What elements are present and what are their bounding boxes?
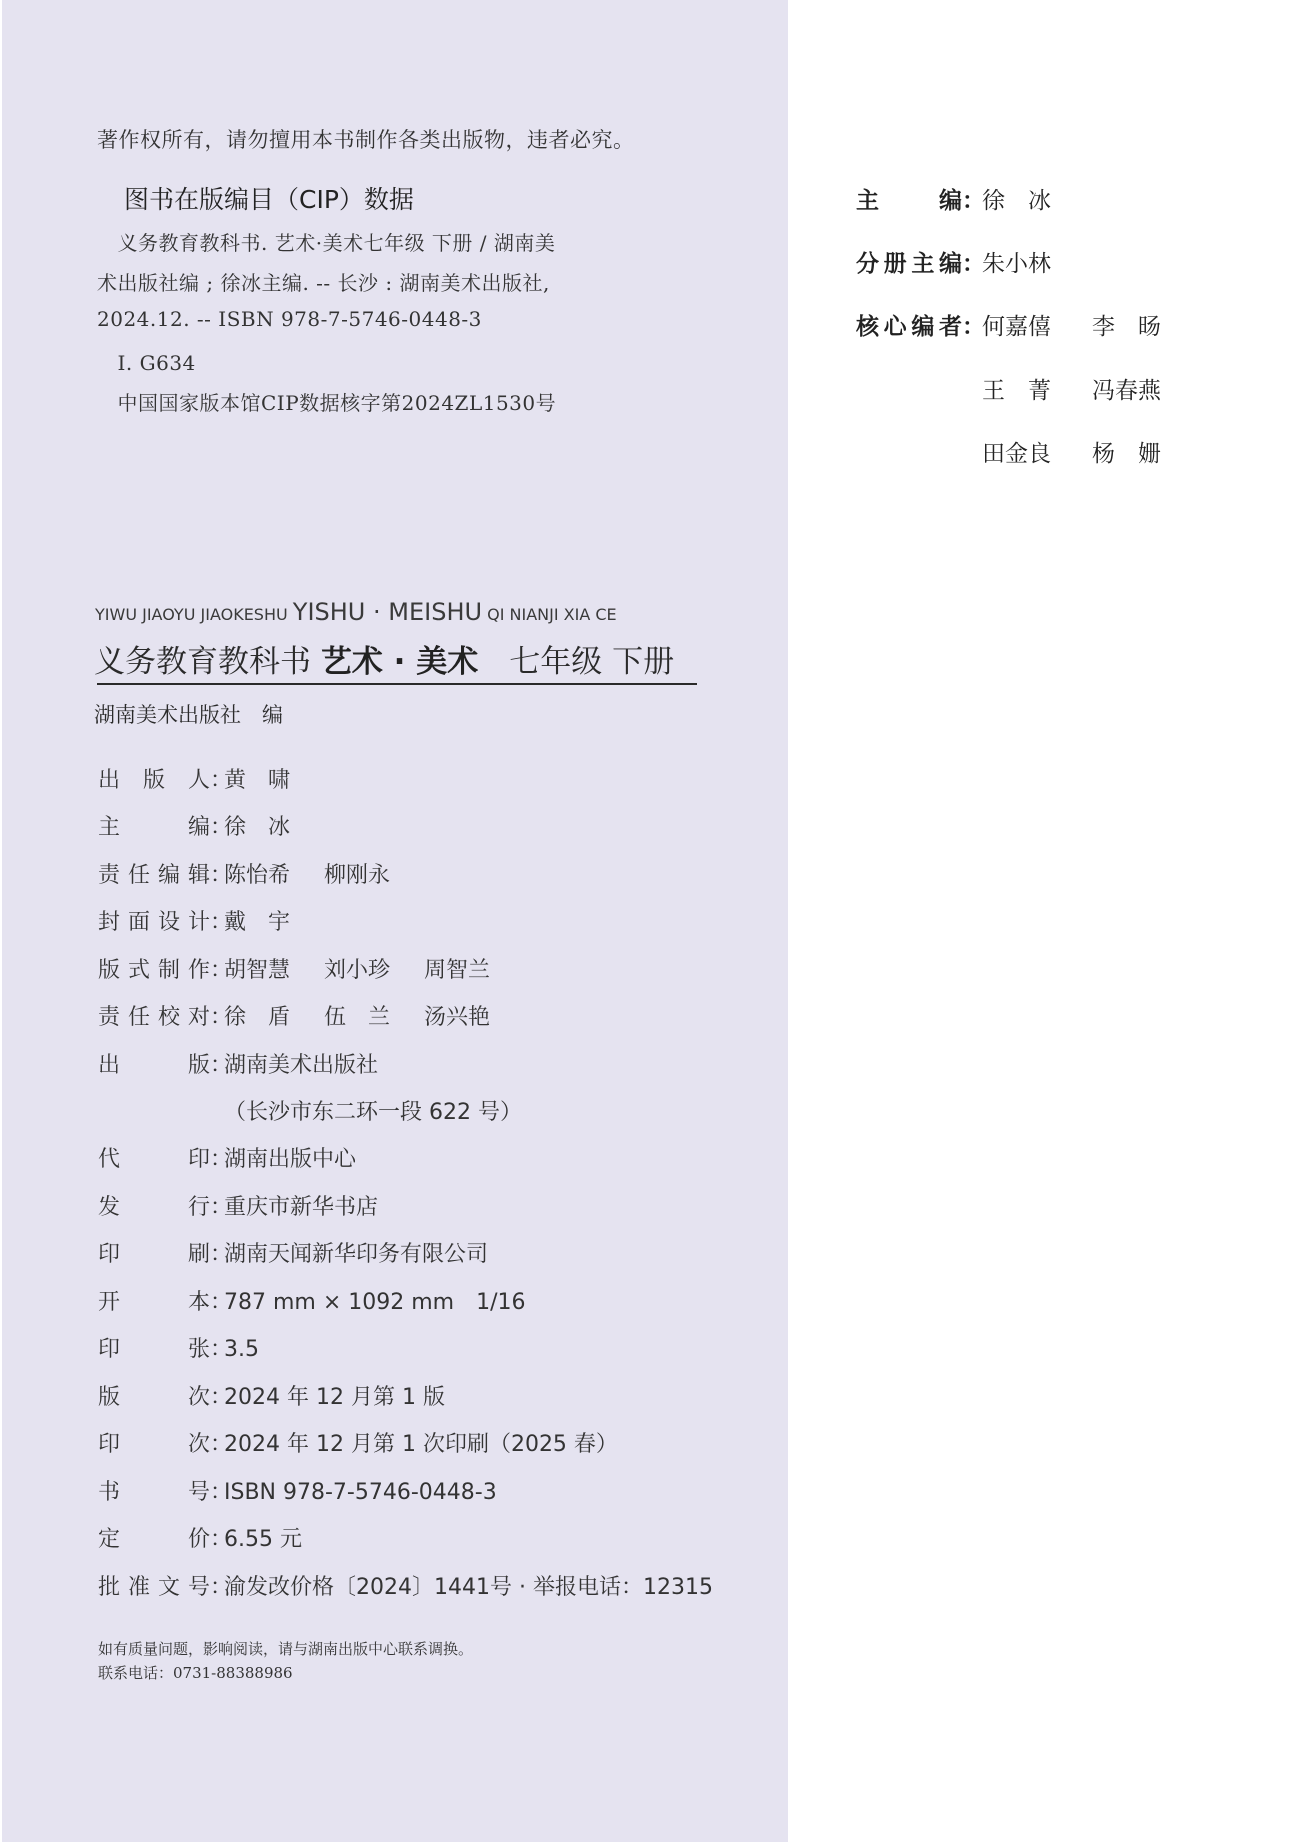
credit-name: 徐 冰 [982, 182, 1062, 215]
credit-name: 杨 姗 [1092, 435, 1172, 468]
info-value: 787 mm × 1092 mm 1/16 [224, 1285, 560, 1316]
info-value-item: 刘小珍 [324, 958, 390, 983]
info-label: 发行 [98, 1190, 210, 1221]
credit-row: 分册主编：朱小林 [856, 245, 1092, 278]
info-label: 书号 [98, 1475, 210, 1506]
info-value-item: 徐 盾 [224, 1005, 290, 1030]
info-row: 主编：徐 冰 [98, 810, 324, 840]
info-value-item: 2024 年 12 月第 1 次印刷（2025 春） [224, 1432, 618, 1457]
info-value: ISBN 978-7-5746-0448-3 [224, 1480, 531, 1505]
info-colon: ： [210, 1570, 224, 1601]
info-row: 代印：湖南出版中心 [98, 1142, 390, 1172]
info-colon: ： [210, 905, 224, 936]
copyright-notice: 著作权所有，请勿擅用本书制作各类出版物，违者必究。 [97, 124, 635, 154]
credit-name: 李 旸 [1092, 308, 1172, 341]
info-value-item: ISBN 978-7-5746-0448-3 [224, 1480, 497, 1505]
info-label: 封面设计 [98, 905, 210, 936]
info-colon: ： [210, 1048, 224, 1079]
info-value: 陈怡希柳刚永 [224, 858, 424, 889]
info-value-item: 戴 宇 [224, 910, 290, 935]
info-value: 黄 啸 [224, 763, 324, 794]
info-value-item: 汤兴艳 [424, 1005, 490, 1030]
info-value: 重庆市新华书店 [224, 1190, 412, 1221]
info-value: 2024 年 12 月第 1 版 [224, 1380, 479, 1411]
info-label: 代印 [98, 1142, 210, 1173]
info-label: 出版人 [98, 763, 210, 794]
info-row: 责任校对：徐 盾伍 兰汤兴艳 [98, 1000, 524, 1030]
info-value: 胡智慧刘小珍周智兰 [224, 953, 524, 984]
info-value: 渝发改价格〔2024〕1441号 · 举报电话：12315 [224, 1570, 747, 1601]
cip-line: 中国国家版本馆CIP数据核字第2024ZL1530号 [97, 387, 556, 416]
info-value-item: （长沙市东二环一段 622 号） [224, 1100, 522, 1125]
info-colon: ： [210, 1427, 224, 1458]
info-colon: ： [210, 1285, 224, 1316]
credit-colon: ： [962, 308, 982, 341]
info-value-item: 湖南美术出版社 [224, 1053, 378, 1078]
info-colon: ： [210, 1522, 224, 1553]
cip-line: 2024.12. -- ISBN 978-7-5746-0448-3 [97, 307, 482, 331]
credit-label: 分册主编 [856, 245, 962, 278]
credit-row: 田金良杨 姗 [856, 435, 1202, 468]
info-value: （长沙市东二环一段 622 号） [224, 1095, 556, 1126]
info-colon: ： [210, 1475, 224, 1506]
info-value-item: 黄 啸 [224, 768, 290, 793]
info-label: 批准文号 [98, 1570, 210, 1601]
credit-name: 何嘉僖 [982, 308, 1062, 341]
info-label: 主编 [98, 810, 210, 841]
info-colon: ： [210, 1332, 224, 1363]
info-value: 湖南天闻新华印务有限公司 [224, 1237, 522, 1268]
footnote-phone: 联系电话：0731-88388986 [98, 1662, 293, 1683]
book-title-pinyin: YIWU JIAOYU JIAOKESHU YISHU · MEISHU QI … [95, 598, 617, 626]
book-title-subject: 艺术 · 美术 [321, 644, 478, 680]
book-title-grade: 七年级 下册 [478, 644, 674, 680]
info-row: 出版：湖南美术出版社 [98, 1048, 412, 1078]
info-label: 出版 [98, 1048, 210, 1079]
credit-row: 核心编者：何嘉僖李 旸 [856, 308, 1202, 341]
info-label: 印次 [98, 1427, 210, 1458]
credit-name: 朱小林 [982, 245, 1062, 278]
info-value-item: 6.55 元 [224, 1527, 302, 1552]
cip-line: Ⅰ. G634 [97, 347, 196, 376]
credit-name: 冯春燕 [1092, 372, 1172, 405]
editor-org: 湖南美术出版社 编 [94, 699, 283, 729]
cip-line: 术出版社编 ; 徐冰主编. -- 长沙 : 湖南美术出版社, [97, 267, 550, 296]
book-title: 义务教育教科书 艺术 · 美术 七年级 下册 [94, 636, 674, 681]
info-row: 印次：2024 年 12 月第 1 次印刷（2025 春） [98, 1427, 652, 1457]
info-label: 印刷 [98, 1237, 210, 1268]
info-row: 出版人：黄 啸 [98, 763, 324, 793]
info-row: 批准文号：渝发改价格〔2024〕1441号 · 举报电话：12315 [98, 1570, 747, 1600]
info-value: 湖南出版中心 [224, 1142, 390, 1173]
info-row: 定价：6.55 元 [98, 1522, 336, 1552]
info-colon: ： [210, 1237, 224, 1268]
credit-name: 田金良 [982, 435, 1062, 468]
info-value: 2024 年 12 月第 1 次印刷（2025 春） [224, 1427, 652, 1458]
info-row: 发行：重庆市新华书店 [98, 1190, 412, 1220]
info-value-item: 3.5 [224, 1337, 259, 1362]
info-row: 开本：787 mm × 1092 mm 1/16 [98, 1285, 560, 1315]
info-value-item: 湖南天闻新华印务有限公司 [224, 1242, 488, 1267]
cip-title: 图书在版编目（CIP）数据 [124, 180, 414, 216]
info-label: 版次 [98, 1380, 210, 1411]
info-value: 徐 盾伍 兰汤兴艳 [224, 1000, 524, 1031]
credit-row: 主编：徐 冰 [856, 182, 1092, 215]
info-label: 责任校对 [98, 1000, 210, 1031]
info-value-item: 渝发改价格〔2024〕1441号 · 举报电话：12315 [224, 1575, 713, 1600]
info-colon: ： [210, 858, 224, 889]
credit-value: 王 菁冯春燕 [982, 378, 1202, 404]
credit-label: 主编 [856, 182, 962, 215]
info-value-item: 陈怡希 [224, 863, 290, 888]
info-colon: ： [210, 1000, 224, 1031]
info-value: 戴 宇 [224, 905, 324, 936]
info-colon: ： [210, 763, 224, 794]
credit-colon: ： [962, 245, 982, 278]
info-value-item: 周智兰 [424, 958, 490, 983]
info-value: 徐 冰 [224, 810, 324, 841]
cip-line: 义务教育教科书. 艺术·美术七年级 下册 / 湖南美 [97, 227, 555, 256]
info-row: 责任编辑：陈怡希柳刚永 [98, 858, 424, 888]
info-label: 定价 [98, 1522, 210, 1553]
credit-colon: ： [962, 182, 982, 215]
info-label: 开本 [98, 1285, 210, 1316]
info-value-item: 柳刚永 [324, 863, 390, 888]
info-colon: ： [210, 1142, 224, 1173]
info-row: 版式制作：胡智慧刘小珍周智兰 [98, 953, 524, 983]
info-colon: ： [210, 1190, 224, 1221]
info-row: 印刷：湖南天闻新华印务有限公司 [98, 1237, 522, 1267]
info-row: 印张：3.5 [98, 1332, 293, 1362]
info-value-item: 湖南出版中心 [224, 1147, 356, 1172]
info-row: 封面设计：戴 宇 [98, 905, 324, 935]
title-divider [97, 683, 697, 685]
credit-name: 王 菁 [982, 372, 1062, 405]
credit-value: 朱小林 [982, 251, 1092, 277]
info-value-item: 胡智慧 [224, 958, 290, 983]
info-row: 书号：ISBN 978-7-5746-0448-3 [98, 1475, 531, 1505]
credit-value: 徐 冰 [982, 188, 1092, 214]
pinyin-post: QI NIANJI XIA CE [482, 605, 617, 624]
info-colon: ： [210, 810, 224, 841]
info-colon: ： [210, 1380, 224, 1411]
book-title-series: 义务教育教科书 [94, 644, 321, 680]
info-label: 版式制作 [98, 953, 210, 984]
info-value: 湖南美术出版社 [224, 1048, 412, 1079]
info-value: 6.55 元 [224, 1522, 336, 1553]
info-value-item: 徐 冰 [224, 815, 290, 840]
info-row: 版次：2024 年 12 月第 1 版 [98, 1380, 479, 1410]
credit-value: 田金良杨 姗 [982, 441, 1202, 467]
info-label: 印张 [98, 1332, 210, 1363]
info-value-item: 重庆市新华书店 [224, 1195, 378, 1220]
info-colon: ： [210, 953, 224, 984]
info-value: 3.5 [224, 1337, 293, 1362]
credit-row: 王 菁冯春燕 [856, 372, 1202, 405]
credit-value: 何嘉僖李 旸 [982, 314, 1202, 340]
credit-label: 核心编者 [856, 308, 962, 341]
info-value-item: 伍 兰 [324, 1005, 390, 1030]
info-value-item: 2024 年 12 月第 1 版 [224, 1385, 445, 1410]
footnote-quality: 如有质量问题，影响阅读，请与湖南出版中心联系调换。 [98, 1638, 473, 1659]
pinyin-pre: YIWU JIAOYU JIAOKESHU [95, 605, 293, 624]
pinyin-subject: YISHU · MEISHU [293, 598, 482, 626]
info-row: （长沙市东二环一段 622 号） [98, 1095, 556, 1125]
info-label: 责任编辑 [98, 858, 210, 889]
info-value-item: 787 mm × 1092 mm 1/16 [224, 1290, 526, 1315]
